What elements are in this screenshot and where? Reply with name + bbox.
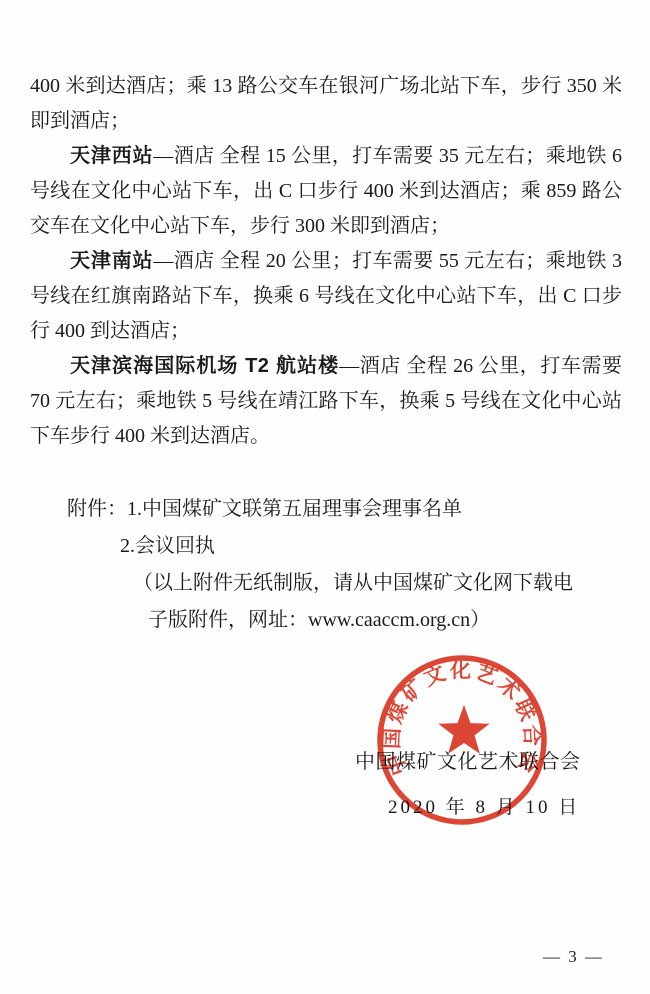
attachment-item: 1.中国煤矿文联第五届理事会理事名单 xyxy=(127,498,462,520)
station-name: 天津南站 xyxy=(70,250,153,272)
body-paragraph: 天津滨海国际机场 T2 航站楼—酒店 全程 26 公里，打车需要 70 元左右；… xyxy=(30,349,622,454)
station-name: 天津西站 xyxy=(70,145,153,167)
attachments-label: 附件： xyxy=(67,498,127,520)
body-paragraph: 天津南站—酒店 全程 20 公里；打车需要 55 元左右；乘地铁 3 号线在红旗… xyxy=(30,244,622,349)
body-paragraph: 400 米到达酒店；乘 13 路公交车在银河广场北站下车，步行 350 米即到酒… xyxy=(30,69,622,139)
body-text: 400 米到达酒店；乘 13 路公交车在银河广场北站下车，步行 350 米即到酒… xyxy=(30,69,622,454)
attachments-section: 附件：1.中国煤矿文联第五届理事会理事名单 2.会议回执 （以上附件无纸制版，请… xyxy=(30,491,622,639)
attachment-line: 附件：1.中国煤矿文联第五届理事会理事名单 xyxy=(30,491,622,528)
paragraph-text: 400 米到达酒店；乘 13 路公交车在银河广场北站下车，步行 350 米即到酒… xyxy=(30,75,622,132)
document-page: 400 米到达酒店；乘 13 路公交车在银河广场北站下车，步行 350 米即到酒… xyxy=(0,0,650,994)
page-number: — 3 — xyxy=(543,947,604,967)
attachment-note-line: （以上附件无纸制版，请从中国煤矿文化网下载电 xyxy=(30,565,622,602)
attachment-item: 2.会议回执 xyxy=(30,528,622,565)
station-name: 天津滨海国际机场 T2 航站楼 xyxy=(70,355,339,377)
attachment-note-line: 子版附件，网址：www.caaccm.org.cn） xyxy=(30,602,622,639)
body-paragraph: 天津西站—酒店 全程 15 公里，打车需要 35 元左右；乘地铁 6 号线在文化… xyxy=(30,139,622,244)
signature-date: 2020 年 8 月 10 日 xyxy=(388,792,580,819)
signature-organization: 中国煤矿文化艺术联合会 xyxy=(355,745,581,774)
